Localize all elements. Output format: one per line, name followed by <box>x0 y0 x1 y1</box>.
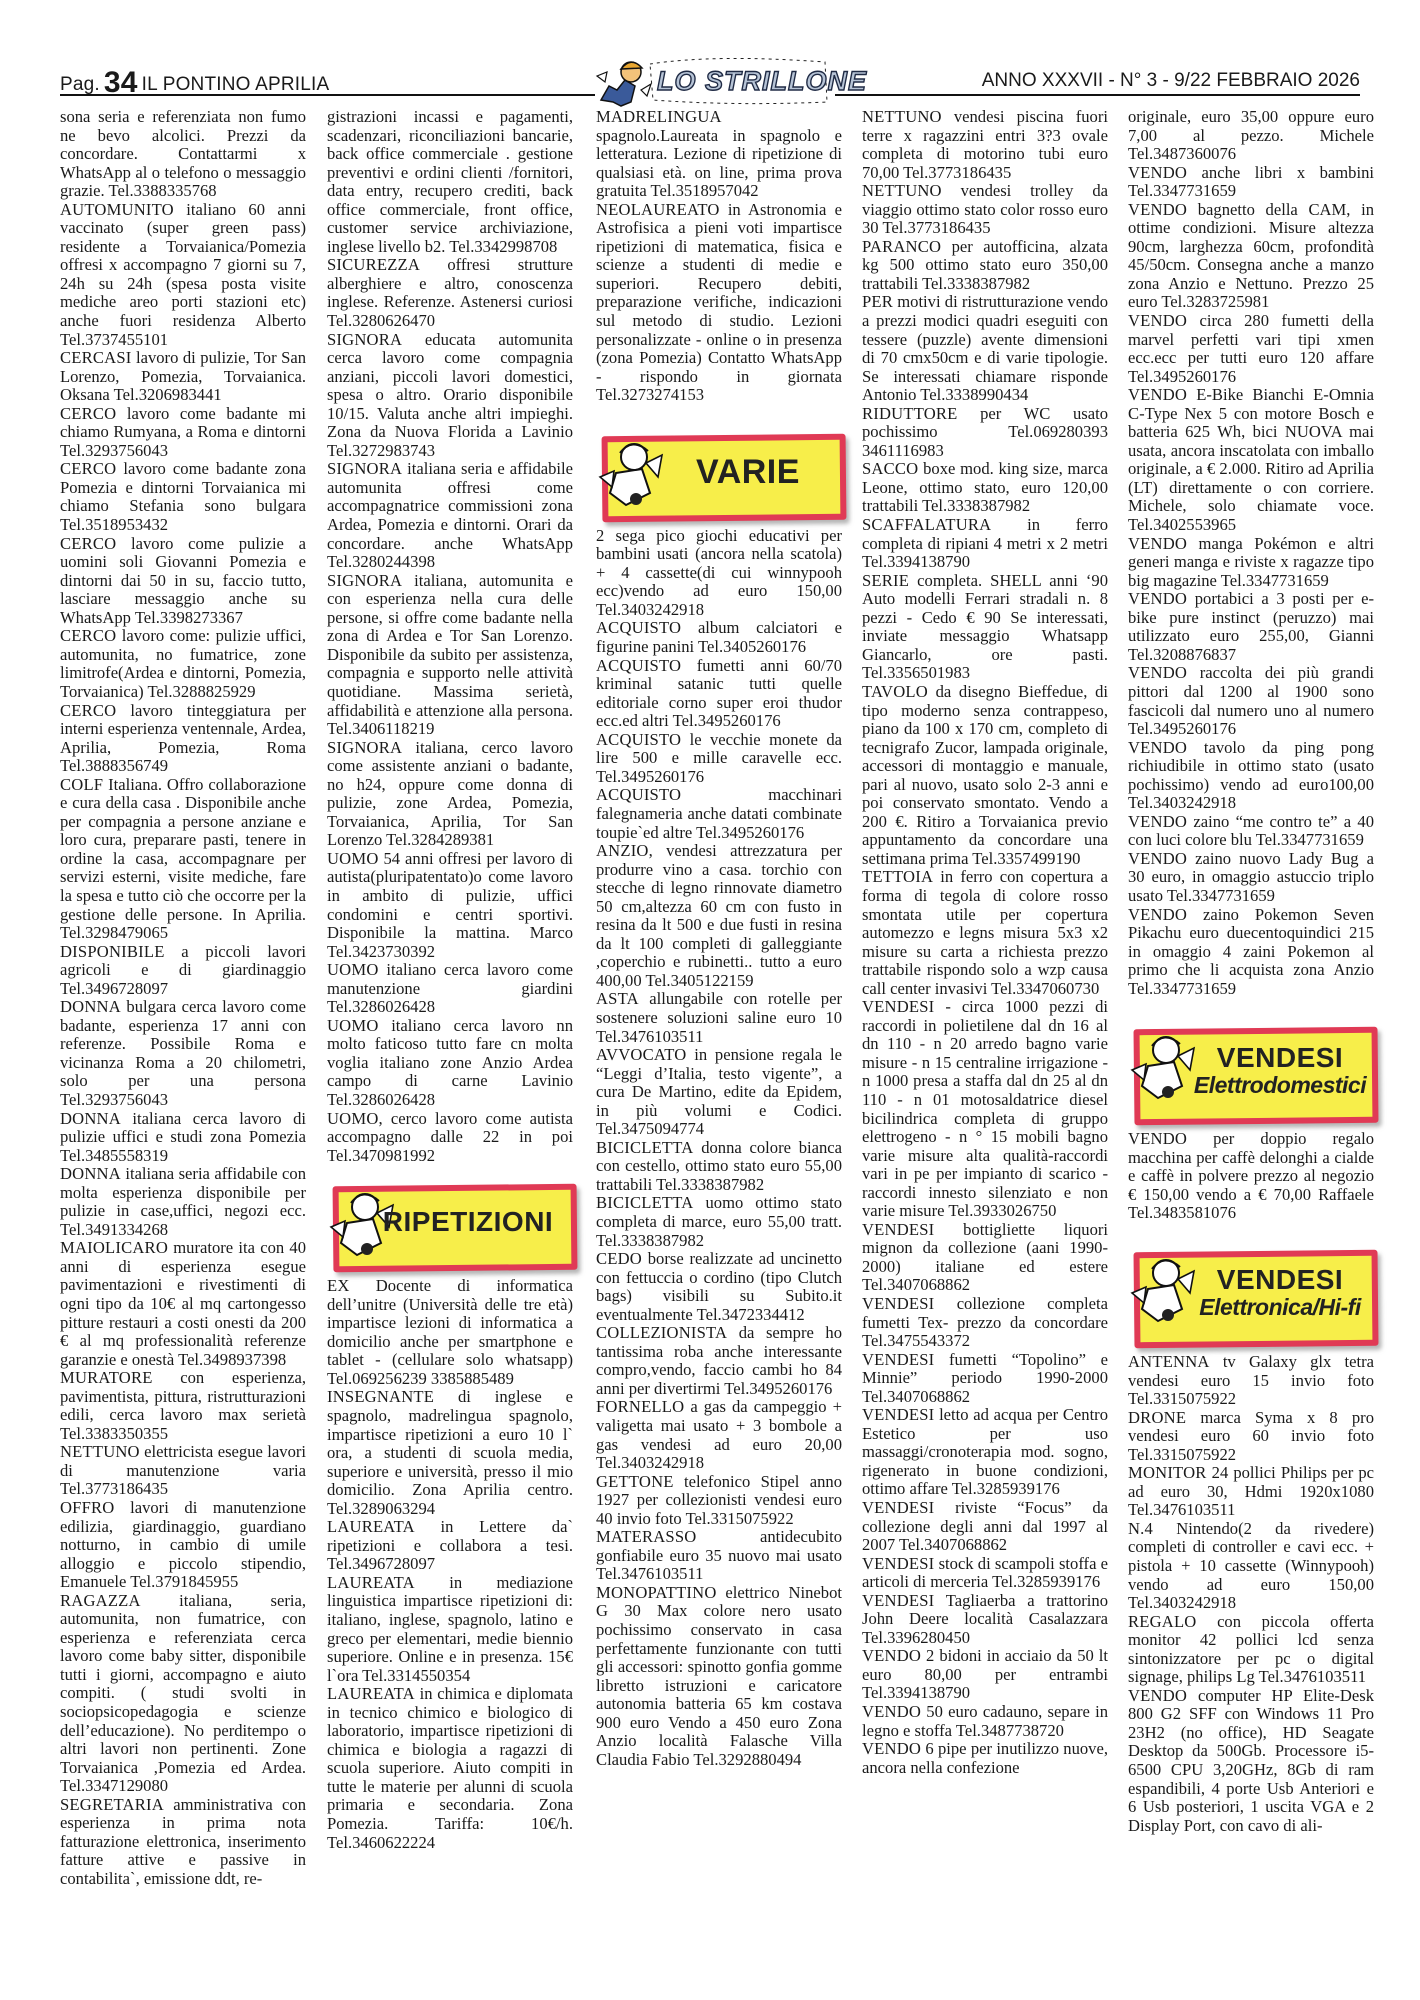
classified-ad: MATERASSO antidecubito gonfiabile euro 3… <box>596 1528 842 1584</box>
classified-ad: ANTENNA tv Galaxy glx tetra vendesi euro… <box>1128 1353 1374 1409</box>
classified-ad: VENDESI stock di scampoli stoffa e artic… <box>862 1555 1108 1592</box>
classified-ad: VENDO 50 euro cadauno, separe in legno e… <box>862 1703 1108 1740</box>
classified-ad: MONITOR 24 pollici Philips per pc ad eur… <box>1128 1464 1374 1520</box>
classified-ad: BICICLETTA uomo ottimo stato completa di… <box>596 1194 842 1250</box>
classified-ad: OFFRO lavori di manutenzione edilizia, g… <box>60 1499 306 1592</box>
column-5: originale, euro 35,00 oppure euro 7,00 a… <box>1128 108 1374 1835</box>
classified-ad: NETTUNO vendesi piscina fuori terre x ra… <box>862 108 1108 182</box>
classified-ad: UOMO, cerco lavoro come autista accompag… <box>327 1110 573 1166</box>
classified-ad: AUTOMUNITO italiano 60 anni vaccinato (s… <box>60 201 306 349</box>
classified-ad: SIGNORA italiana seria e affidabile auto… <box>327 460 573 571</box>
column-1: sona seria e referenziata non fumo ne be… <box>60 108 306 1889</box>
classified-ad: NETTUNO elettricista esegue lavori di ma… <box>60 1443 306 1499</box>
classified-ad: RIDUTTORE per WC usato pochissimo Tel.06… <box>862 405 1108 461</box>
column-2: gistrazioni incassi e pagamenti, scadenz… <box>327 108 573 1852</box>
classified-ad: DISPONIBILE a piccoli lavori agricoli e … <box>60 943 306 999</box>
classified-ad: SIGNORA italiana, automunita e con esper… <box>327 572 573 739</box>
section-title: VENDESI <box>1217 1266 1343 1294</box>
classified-ad: VENDESI - circa 1000 pezzi di raccordi i… <box>862 998 1108 1221</box>
classified-ad: VENDESI bottigliette liquori mignon da c… <box>862 1221 1108 1295</box>
classified-ad: EX Docente di informatica dell’unitre (U… <box>327 1277 573 1388</box>
section-banner-elettrodomestici: VENDESI Elettrodomestici <box>1128 1022 1368 1118</box>
column-4: NETTUNO vendesi piscina fuori terre x ra… <box>862 108 1108 1777</box>
classified-ad: CERCO lavoro come badante zona Pomezia e… <box>60 460 306 534</box>
classified-ad: MADRELINGUA spagnolo.Laureata in spagnol… <box>596 108 842 201</box>
newsboy-mascot-icon <box>596 433 666 513</box>
classified-ad: REGALO con piccola offerta monitor 42 po… <box>1128 1613 1374 1687</box>
classified-ad: 2 sega pico giochi educativi per bambini… <box>596 527 842 620</box>
classified-ad: LAUREATA in Lettere da` ripetizioni e co… <box>327 1518 573 1574</box>
classified-ad: SEGRETARIA amministrativa con esperienza… <box>60 1796 306 1889</box>
classified-ad: VENDO manga Pokémon e altri generi manga… <box>1128 535 1374 591</box>
classified-ad: VENDESI fumetti “Topolino” e Minnie” per… <box>862 1351 1108 1407</box>
section-subtitle: Elettronica/Hi-fi <box>1199 1296 1360 1319</box>
classified-ad: NETTUNO vendesi trolley da viaggio ottim… <box>862 182 1108 238</box>
classified-ad: UOMO italiano cerca lavoro come manutenz… <box>327 961 573 1017</box>
classified-ad: CERCO lavoro come badante mi chiamo Rumy… <box>60 405 306 461</box>
classified-ad: VENDO raccolta dei più grandi pittori da… <box>1128 664 1374 738</box>
classified-ad: SERIE completa. SHELL anni ‘90 Auto mode… <box>862 572 1108 683</box>
header-rule-right <box>835 94 1360 96</box>
classified-ad: GETTONE telefonico Stipel anno 1927 per … <box>596 1473 842 1529</box>
classified-ad: AVVOCATO in pensione regala le “Leggi d’… <box>596 1046 842 1139</box>
classified-ad: DONNA bulgara cerca lavoro come badante,… <box>60 998 306 1109</box>
classified-ad: sona seria e referenziata non fumo ne be… <box>60 108 306 201</box>
classified-ad: PER motivi di ristrutturazione vendo a p… <box>862 293 1108 404</box>
classified-ad: UOMO italiano cerca lavoro nn molto fati… <box>327 1017 573 1110</box>
classified-ad: NEOLAUREATO in Astronomia e Astrofisica … <box>596 201 842 405</box>
classified-ad: N.4 Nintendo(2 da rivedere) completi di … <box>1128 1520 1374 1613</box>
classified-ad: gistrazioni incassi e pagamenti, scadenz… <box>327 108 573 256</box>
classified-ad: DRONE marca Syma x 8 pro vendesi euro 60… <box>1128 1409 1374 1465</box>
classified-ad: SCAFFALATURA in ferro completa di ripian… <box>862 516 1108 572</box>
classified-ad: VENDO zaino Pokemon Seven Pikachu euro d… <box>1128 906 1374 999</box>
classified-ad: MONOPATTINO elettrico Ninebot G 30 Max c… <box>596 1584 842 1769</box>
column-3: MADRELINGUA spagnolo.Laureata in spagnol… <box>596 108 842 1769</box>
classified-ad: VENDESI letto ad acqua per Centro Esteti… <box>862 1406 1108 1499</box>
classified-ad: INSEGNANTE di inglese e spagnolo, madrel… <box>327 1388 573 1518</box>
classified-ad: ACQUISTO album calciatori e figurine pan… <box>596 619 842 656</box>
classified-ad: CERCO lavoro come: pulizie uffici, autom… <box>60 627 306 701</box>
classified-ad: VENDO zaino nuovo Lady Bug a 30 euro, in… <box>1128 850 1374 906</box>
classified-ad: VENDO portabici a 3 posti per e-bike pur… <box>1128 590 1374 664</box>
classified-ad: VENDO computer HP Elite-Desk 800 G2 SFF … <box>1128 1687 1374 1835</box>
page-label: Pag.34IL PONTINO APRILIA <box>60 64 329 98</box>
section-title: RIPETIZIONI <box>383 1208 553 1236</box>
classified-ad: CEDO borse realizzate ad uncinetto con f… <box>596 1250 842 1324</box>
classified-ad: CERCO lavoro tinteggiatura per interni e… <box>60 702 306 776</box>
classified-ad: ACQUISTO le vecchie monete da lire 500 e… <box>596 731 842 787</box>
classified-ad: VENDO circa 280 fumetti della marvel per… <box>1128 312 1374 386</box>
lo-strillone-logo: LO STRILLONE <box>595 56 835 108</box>
header-rule-left <box>60 94 595 96</box>
classified-ad: originale, euro 35,00 oppure euro 7,00 a… <box>1128 108 1374 164</box>
classified-ad: VENDESI Tagliaerba a trattorino John Dee… <box>862 1592 1108 1648</box>
section-banner-elettronica: VENDESI Elettronica/Hi-fi <box>1128 1245 1368 1341</box>
classified-ad: TAVOLO da disegno Bieffedue, di tipo mod… <box>862 683 1108 868</box>
classified-ad: UOMO 54 anni offresi per lavoro di autis… <box>327 850 573 961</box>
classified-ad: BICICLETTA donna colore bianca con ceste… <box>596 1139 842 1195</box>
classified-ad: VENDO bagnetto della CAM, in ottime cond… <box>1128 201 1374 312</box>
classified-ad: MURATORE con esperienza, pavimentista, p… <box>60 1369 306 1443</box>
classified-ad: VENDO tavolo da ping pong richiudibile i… <box>1128 739 1374 813</box>
classified-ad: DONNA italiana cerca lavoro di pulizie u… <box>60 1110 306 1166</box>
classified-ad: LAUREATA in mediazione linguistica impar… <box>327 1574 573 1685</box>
issue-info: ANNO XXXVII - N° 3 - 9/22 FEBBRAIO 2026 <box>982 70 1360 92</box>
classified-ad: CERCASI lavoro di pulizie, Tor San Loren… <box>60 349 306 405</box>
page-header: Pag.34IL PONTINO APRILIA LO STRILLONE AN… <box>60 62 1360 102</box>
classified-ad: MAIOLICARO muratore ita con 40 anni di e… <box>60 1239 306 1369</box>
classified-ad: ACQUISTO macchinari falegnameria anche d… <box>596 786 842 842</box>
classified-ad: VENDESI riviste “Focus” da collezione de… <box>862 1499 1108 1555</box>
section-banner-varie: VARIE <box>596 429 836 515</box>
classified-ad: TETTOIA in ferro con copertura a forma d… <box>862 868 1108 998</box>
classified-ad: VENDO E-Bike Bianchi E-Omnia C-Type Nex … <box>1128 386 1374 534</box>
classified-ad: DONNA italiana seria affidabile con molt… <box>60 1165 306 1239</box>
classified-ad: VENDO 2 bidoni in acciaio da 50 lt euro … <box>862 1647 1108 1703</box>
classified-ad: ASTA allungabile con rotelle per sostene… <box>596 990 842 1046</box>
section-title: VENDESI <box>1217 1044 1343 1072</box>
classified-ad: COLLEZIONISTA da sempre ho tantissima ro… <box>596 1324 842 1398</box>
section-subtitle: Elettrodomestici <box>1194 1074 1366 1097</box>
classified-ad: SIGNORA educata automunita cerca lavoro … <box>327 331 573 461</box>
classified-ad: FORNELLO a gas da campeggio + valigetta … <box>596 1398 842 1472</box>
classified-ad: VENDO 6 pipe per inutilizzo nuove, ancor… <box>862 1740 1108 1777</box>
classified-ad: VENDO anche libri x bambini Tel.33477316… <box>1128 164 1374 201</box>
logo-text: LO STRILLONE <box>657 66 867 97</box>
classified-ad: ANZIO, vendesi attrezzatura per produrre… <box>596 842 842 990</box>
classified-ad: RAGAZZA italiana, seria, automunita, non… <box>60 1592 306 1796</box>
classified-ad: COLF Italiana. Offro collaborazione e cu… <box>60 776 306 943</box>
classified-ad: SACCO boxe mod. king size, marca Leone, … <box>862 460 1108 516</box>
newsboy-mascot-icon <box>1128 1026 1198 1106</box>
publication-name: IL PONTINO APRILIA <box>142 74 330 95</box>
section-banner-ripetizioni: RIPETIZIONI <box>327 1179 567 1265</box>
classified-ad: LAUREATA in chimica e diplomata in tecni… <box>327 1685 573 1852</box>
section-title: VARIE <box>696 455 800 489</box>
classified-ad: SICUREZZA offresi strutture alberghiere … <box>327 256 573 330</box>
page-prefix: Pag. <box>60 74 100 95</box>
classified-ad: VENDO zaino “me contro te” a 40 con luci… <box>1128 813 1374 850</box>
classified-ad: SIGNORA italiana, cerco lavoro come assi… <box>327 739 573 850</box>
newsboy-mascot-icon <box>1128 1249 1198 1329</box>
classified-ad: VENDESI collezione completa fumetti Tex-… <box>862 1295 1108 1351</box>
classified-ad: VENDO per doppio regalo macchina per caf… <box>1128 1130 1374 1223</box>
classified-ad: PARANCO per autofficina, alzata kg 500 o… <box>862 238 1108 294</box>
classified-ad: CERCO lavoro come pulizie a uomini soli … <box>60 535 306 628</box>
classified-ad: ACQUISTO fumetti anni 60/70 kriminal sat… <box>596 657 842 731</box>
